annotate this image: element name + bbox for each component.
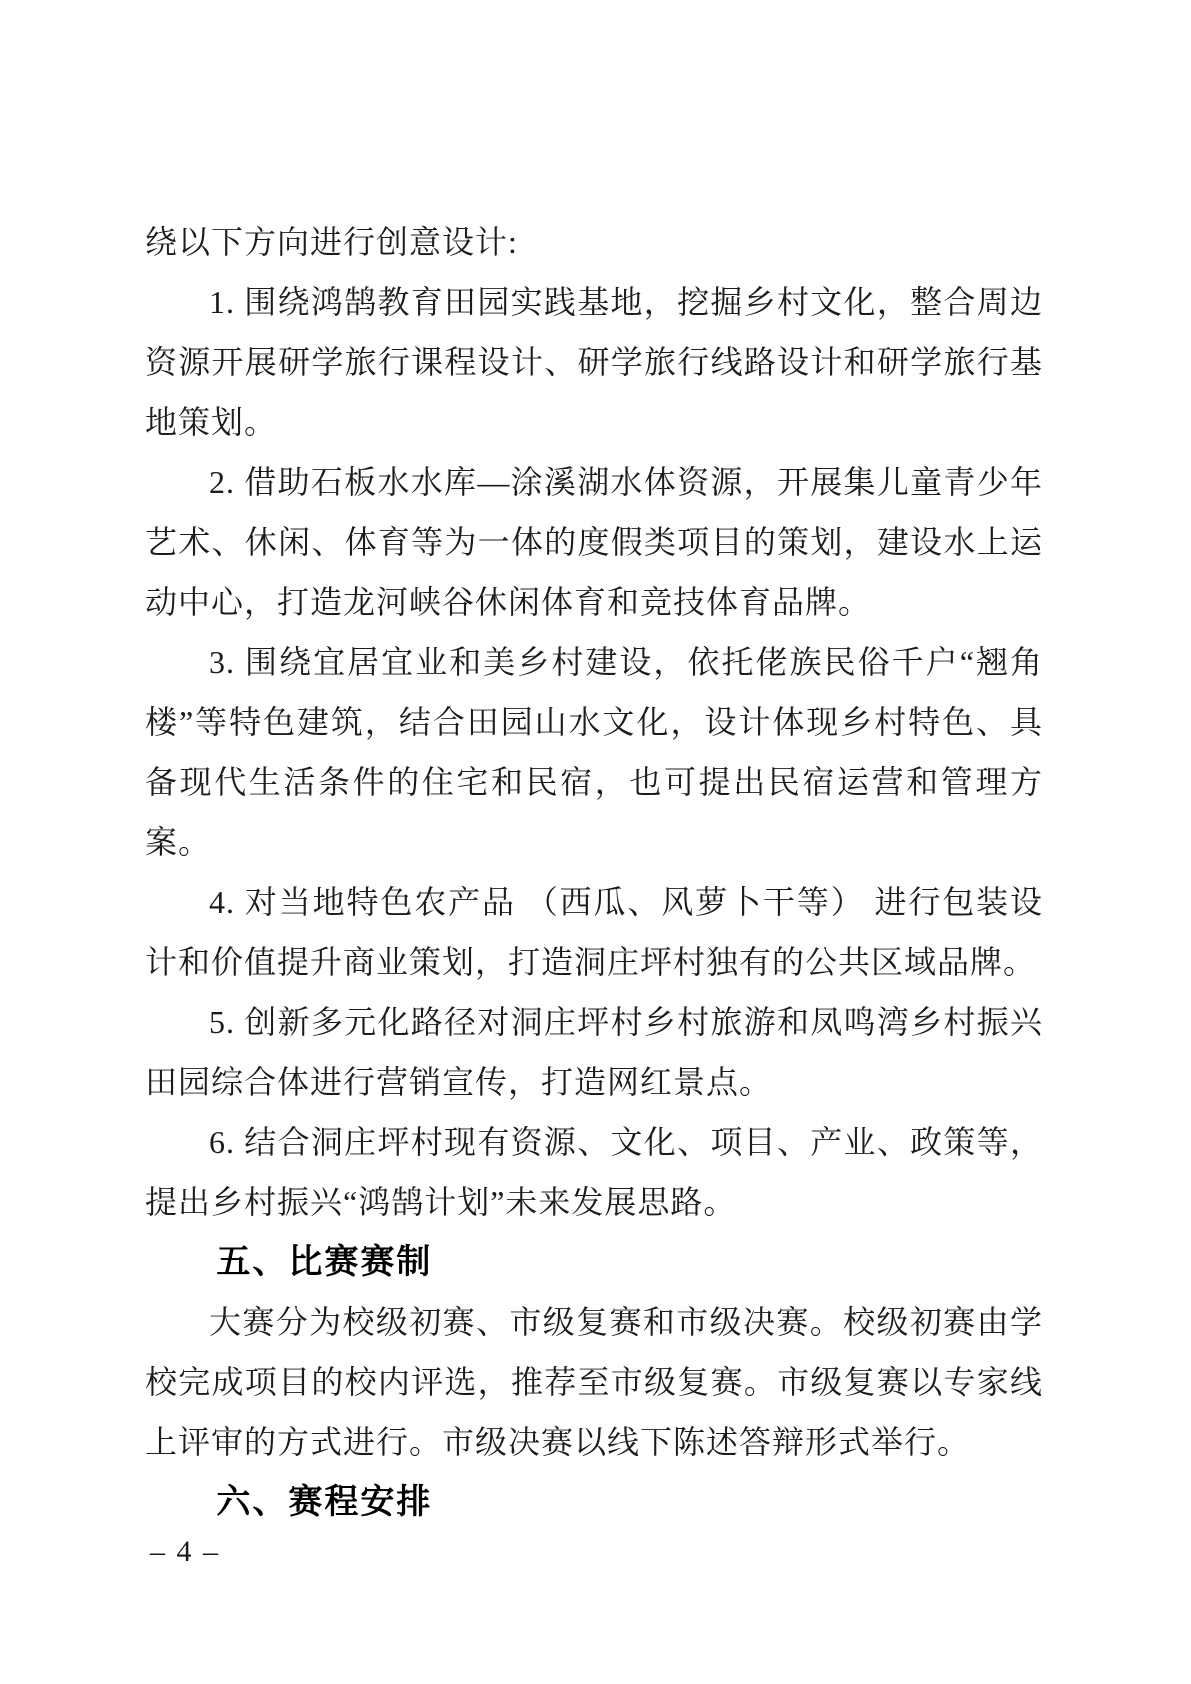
direction-item-3: 3. 围绕宜居宜业和美乡村建设，依托佬族民俗千户“翘角楼”等特色建筑，结合田园山…: [145, 632, 1043, 872]
direction-item-1: 1. 围绕鸿鹄教育田园实践基地，挖掘乡村文化，整合周边资源开展研学旅行课程设计、…: [145, 272, 1043, 452]
intro-paragraph: 绕以下方向进行创意设计:: [145, 212, 1043, 272]
content-area: 绕以下方向进行创意设计: 1. 围绕鸿鹄教育田园实践基地，挖掘乡村文化，整合周边…: [145, 212, 1043, 1532]
page-number: – 4 –: [150, 1532, 220, 1572]
direction-item-2: 2. 借助石板水水库—涂溪湖水体资源，开展集儿童青少年艺术、休闲、体育等为一体的…: [145, 452, 1043, 632]
direction-item-6: 6. 结合洞庄坪村现有资源、文化、项目、产业、政策等，提出乡村振兴“鸿鹄计划”未…: [145, 1112, 1043, 1232]
section-paragraph-competition-format: 大赛分为校级初赛、市级复赛和市级决赛。校级初赛由学校完成项目的校内评选，推荐至市…: [145, 1292, 1043, 1472]
section-heading-schedule: 六、赛程安排: [145, 1472, 1043, 1532]
document-page: 绕以下方向进行创意设计: 1. 围绕鸿鹄教育田园实践基地，挖掘乡村文化，整合周边…: [0, 0, 1191, 1684]
section-heading-competition-format: 五、比赛赛制: [145, 1232, 1043, 1292]
direction-item-4: 4. 对当地特色农产品 （西瓜、风萝卜干等） 进行包装设计和价值提升商业策划，打…: [145, 872, 1043, 992]
direction-item-5: 5. 创新多元化路径对洞庄坪村乡村旅游和凤鸣湾乡村振兴田园综合体进行营销宣传，打…: [145, 992, 1043, 1112]
